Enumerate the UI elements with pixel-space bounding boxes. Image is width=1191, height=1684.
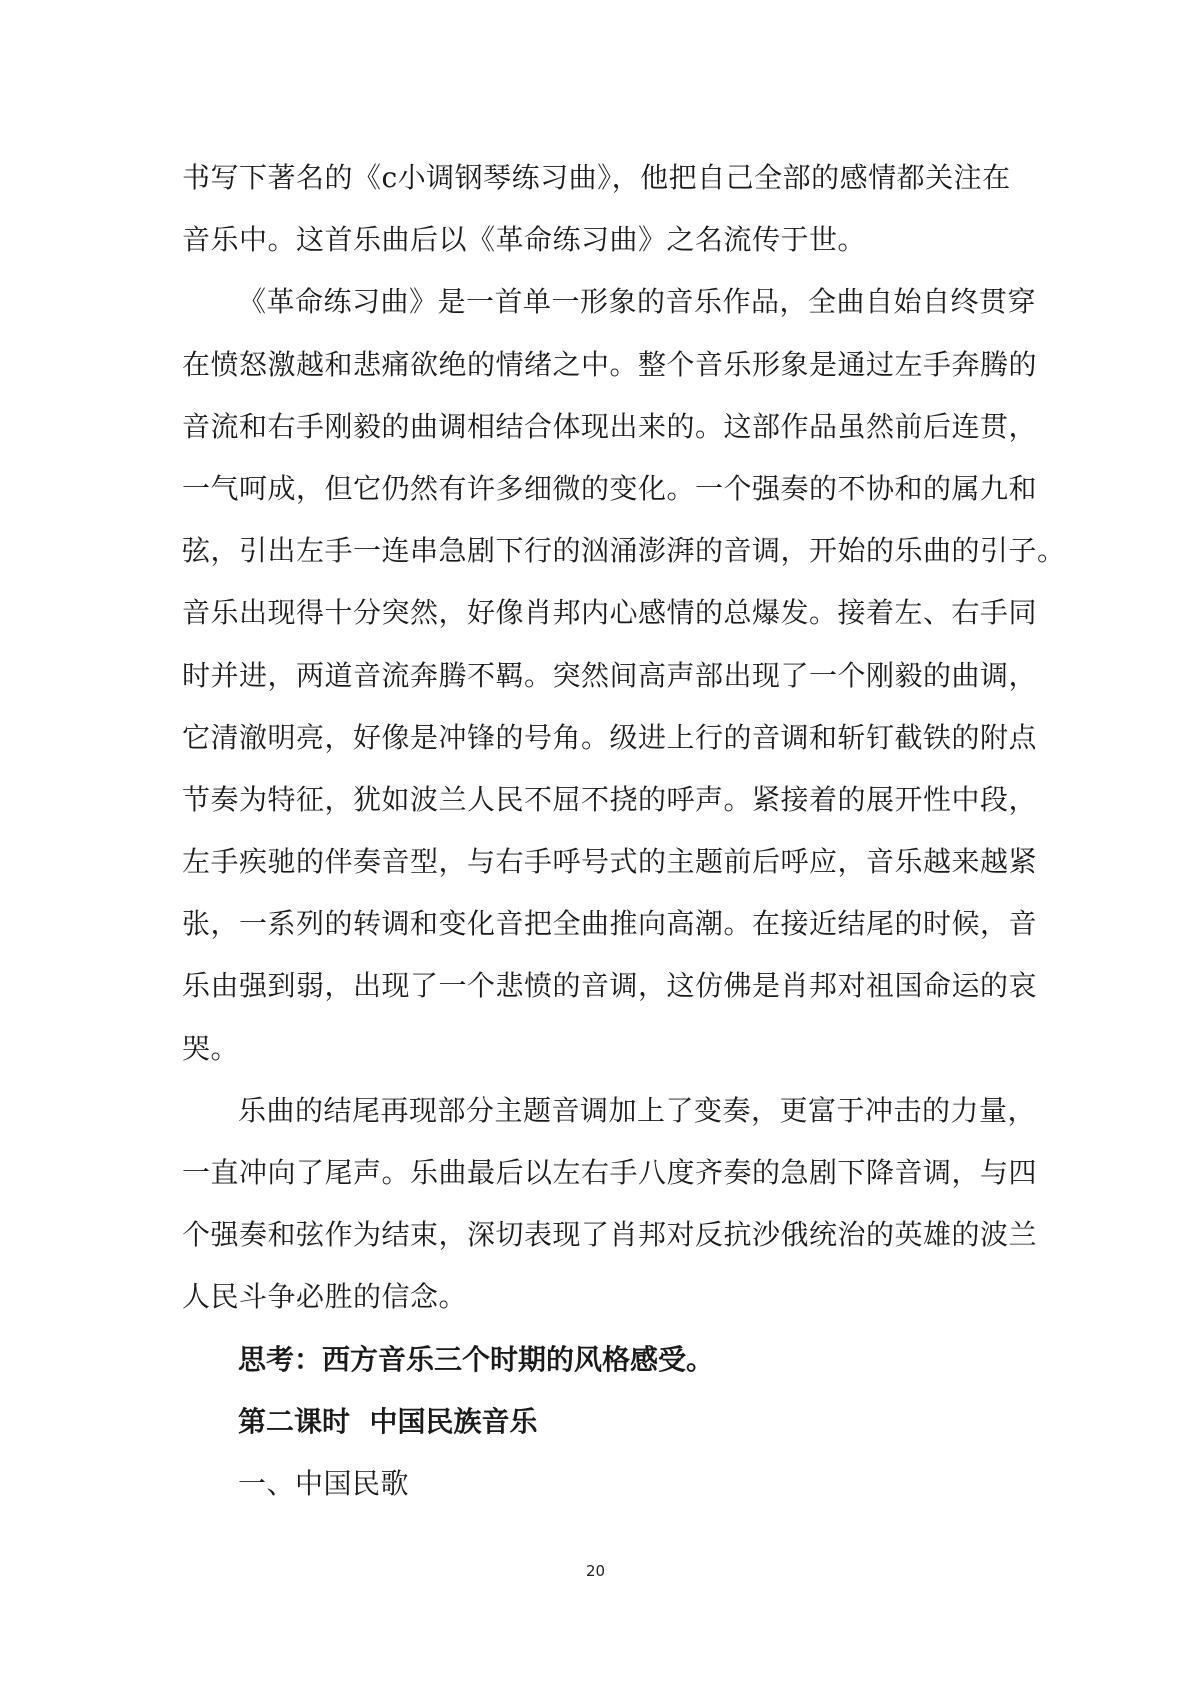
paragraph-2: 《革命练习曲》是一首单一形象的音乐作品，全曲自始自终贯穿 在愤怒激越和悲痛欲绝的… xyxy=(182,271,1010,1079)
text-line: 书写下著名的《c小调钢琴练习曲》，他把自己全部的感情都关注在 xyxy=(182,147,1010,209)
text-line: 它清澈明亮，好像是冲锋的号角。级进上行的音调和斩钉截铁的附点 xyxy=(182,707,1010,769)
text-line: 音流和右手刚毅的曲调相结合体现出来的。这部作品虽然前后连贯， xyxy=(182,396,1010,458)
text-line: 时并进，两道音流奔腾不羁。突然间高声部出现了一个刚毅的曲调， xyxy=(182,645,1010,707)
text-line: 张，一系列的转调和变化音把全曲推向高潮。在接近结尾的时候，音 xyxy=(182,893,1010,955)
page-number: 20 xyxy=(0,1562,1191,1580)
text-line: 左手疾驰的伴奏音型，与右手呼号式的主题前后呼应，音乐越来越紧 xyxy=(182,831,1010,893)
document-page: 书写下著名的《c小调钢琴练习曲》，他把自己全部的感情都关注在 音乐中。这首乐曲后… xyxy=(0,0,1191,1684)
text-line: 音乐出现得十分突然，好像肖邦内心感情的总爆发。接着左、右手同 xyxy=(182,582,1010,644)
text-line: 乐由强到弱，出现了一个悲愤的音调，这仿佛是肖邦对祖国命运的哀 xyxy=(182,955,1010,1017)
think-prompt: 思考：西方音乐三个时期的风格感受。 xyxy=(182,1329,1010,1391)
text-line: 音乐中。这首乐曲后以《革命练习曲》之名流传于世。 xyxy=(182,209,1010,271)
text-line: 个强奏和弦作为结束，深切表现了肖邦对反抗沙俄统治的英雄的波兰 xyxy=(182,1204,1010,1266)
text-line: 在愤怒激越和悲痛欲绝的情绪之中。整个音乐形象是通过左手奔腾的 xyxy=(182,334,1010,396)
paragraph-1: 书写下著名的《c小调钢琴练习曲》，他把自己全部的感情都关注在 音乐中。这首乐曲后… xyxy=(182,147,1010,271)
text-line: 节奏为特征，犹如波兰人民不屈不挠的呼声。紧接着的展开性中段， xyxy=(182,769,1010,831)
text-line: 一直冲向了尾声。乐曲最后以左右手八度齐奏的急剧下降音调，与四 xyxy=(182,1142,1010,1204)
text-line: 一气呵成，但它仍然有许多细微的变化。一个强奏的不协和的属九和 xyxy=(182,458,1010,520)
text-line: 乐曲的结尾再现部分主题音调加上了变奏，更富于冲击的力量， xyxy=(182,1080,1010,1142)
paragraph-3: 乐曲的结尾再现部分主题音调加上了变奏，更富于冲击的力量， 一直冲向了尾声。乐曲最… xyxy=(182,1080,1010,1329)
text-line: 人民斗争必胜的信念。 xyxy=(182,1266,1010,1328)
text-line: 《革命练习曲》是一首单一形象的音乐作品，全曲自始自终贯穿 xyxy=(182,271,1010,333)
text-line: 弦，引出左手一连串急剧下行的汹涌澎湃的音调，开始的乐曲的引子。 xyxy=(182,520,1010,582)
subsection-heading: 一、中国民歌 xyxy=(182,1453,1010,1515)
page-body: 书写下著名的《c小调钢琴练习曲》，他把自己全部的感情都关注在 音乐中。这首乐曲后… xyxy=(182,147,1010,1515)
section-heading: 第二课时 中国民族音乐 xyxy=(182,1391,1010,1453)
text-line: 哭。 xyxy=(182,1018,1010,1080)
